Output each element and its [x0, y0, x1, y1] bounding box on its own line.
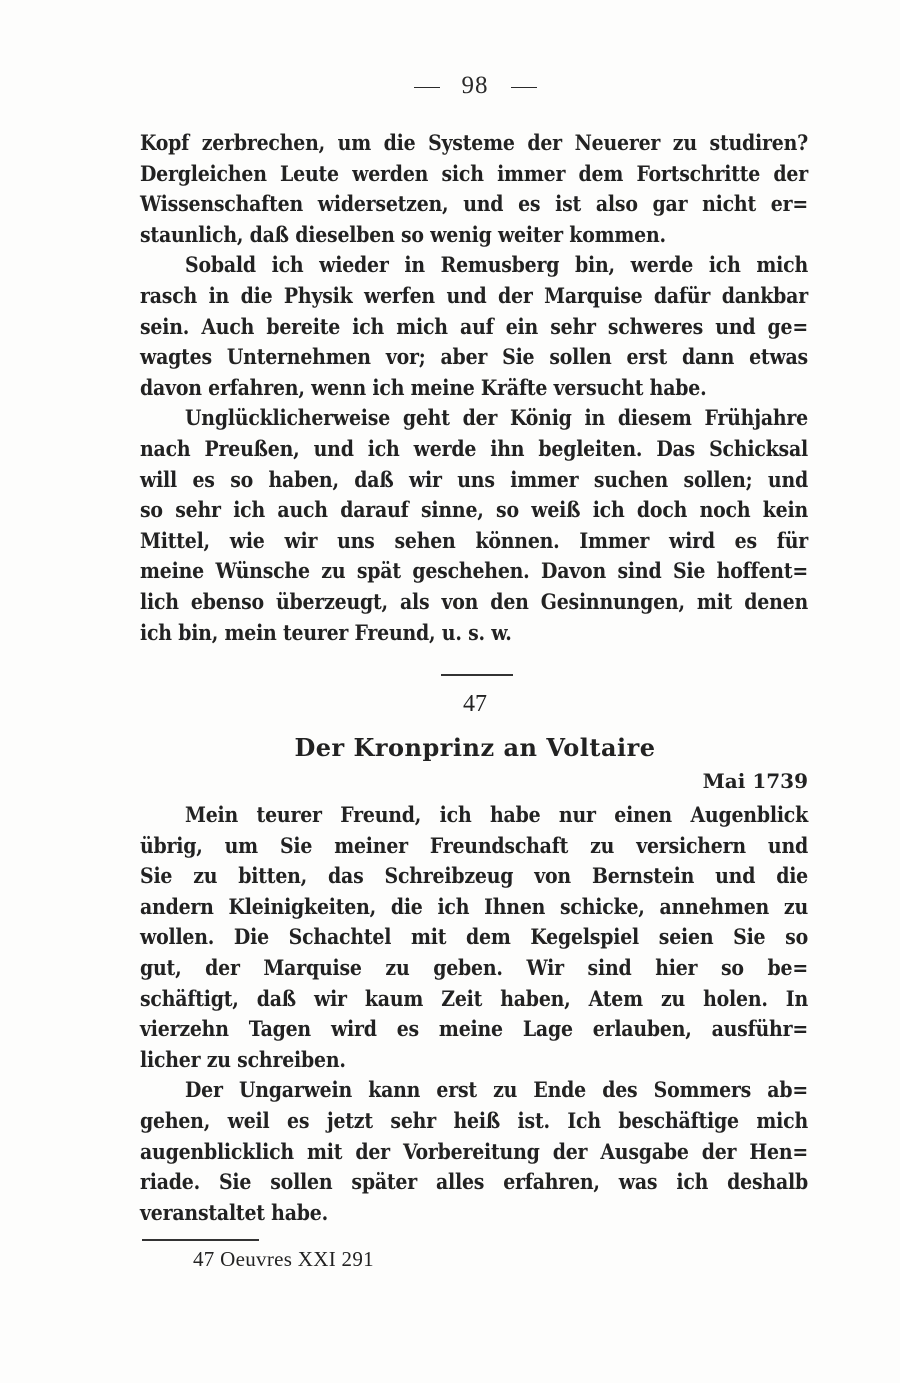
- text-line: Mittel, wie wir uns sehen können. Immer …: [140, 526, 808, 557]
- text-line: veranstaltet habe.: [140, 1198, 808, 1229]
- text-line: wagtes Unternehmen vor; aber Sie sollen …: [140, 342, 808, 373]
- text-line: Sie zu bitten, das Schreibzeug von Berns…: [140, 861, 808, 892]
- right-dash: [511, 87, 537, 89]
- text-line: licher zu schreiben.: [140, 1045, 808, 1076]
- text-line: Mein teurer Freund, ich habe nur einen A…: [140, 800, 808, 831]
- section-divider: [441, 674, 513, 676]
- footnote-divider: [142, 1239, 259, 1241]
- letter-title: Der Kronprinz an Voltaire: [0, 733, 900, 762]
- text-line: meine Wünsche zu spät geschehen. Davon s…: [140, 556, 808, 587]
- text-line: Dergleichen Leute werden sich immer dem …: [140, 159, 808, 190]
- text-line: riade. Sie sollen später alles erfahren,…: [140, 1167, 808, 1198]
- text-line: gehen, weil es jetzt sehr heiß ist. Ich …: [140, 1106, 808, 1137]
- text-line: gut, der Marquise zu geben. Wir sind hie…: [140, 953, 808, 984]
- text-line: schäftigt, daß wir kaum Zeit haben, Atem…: [140, 984, 808, 1015]
- text-line: andern Kleinigkeiten, die ich Ihnen schi…: [140, 892, 808, 923]
- text-line: Kopf zerbrechen, um die Systeme der Neue…: [140, 128, 808, 159]
- text-line: Wissenschaften widersetzen, und es ist a…: [140, 189, 808, 220]
- page-number-header: 98: [0, 72, 900, 100]
- letter-number: 47: [0, 691, 900, 718]
- text-line: sein. Auch bereite ich mich auf ein sehr…: [140, 312, 808, 343]
- text-line: augenblicklich mit der Vorbereitung der …: [140, 1137, 808, 1168]
- continuation-text: Kopf zerbrechen, um die Systeme der Neue…: [140, 128, 808, 648]
- text-line: übrig, um Sie meiner Freundschaft zu ver…: [140, 831, 808, 862]
- text-line: davon erfahren, wenn ich meine Kräfte ve…: [140, 373, 808, 404]
- footnote: 47 Oeuvres XXI 291: [193, 1247, 374, 1272]
- text-line: ich bin, mein teurer Freund, u. s. w.: [140, 618, 808, 649]
- book-page: 98 Kopf zerbrechen, um die Systeme der N…: [0, 0, 900, 1383]
- text-line: so sehr ich auch darauf sinne, so weiß i…: [140, 495, 808, 526]
- letter-body: Mein teurer Freund, ich habe nur einen A…: [140, 800, 808, 1228]
- text-line: wollen. Die Schachtel mit dem Kegelspiel…: [140, 922, 808, 953]
- text-line: will es so haben, daß wir uns immer such…: [140, 465, 808, 496]
- text-line: Unglücklicherweise geht der König in die…: [140, 403, 808, 434]
- text-line: staunlich, daß dieselben so wenig weiter…: [140, 220, 808, 251]
- text-line: vierzehn Tagen wird es meine Lage erlaub…: [140, 1014, 808, 1045]
- text-line: rasch in die Physik werfen und der Marqu…: [140, 281, 808, 312]
- letter-date: Mai 1739: [620, 769, 808, 793]
- text-line: lich ebenso überzeugt, als von den Gesin…: [140, 587, 808, 618]
- text-line: Der Ungarwein kann erst zu Ende des Somm…: [140, 1075, 808, 1106]
- left-dash: [414, 87, 440, 89]
- text-line: Sobald ich wieder in Remusberg bin, werd…: [140, 250, 808, 281]
- page-number: 98: [462, 72, 489, 99]
- text-line: nach Preußen, und ich werde ihn begleite…: [140, 434, 808, 465]
